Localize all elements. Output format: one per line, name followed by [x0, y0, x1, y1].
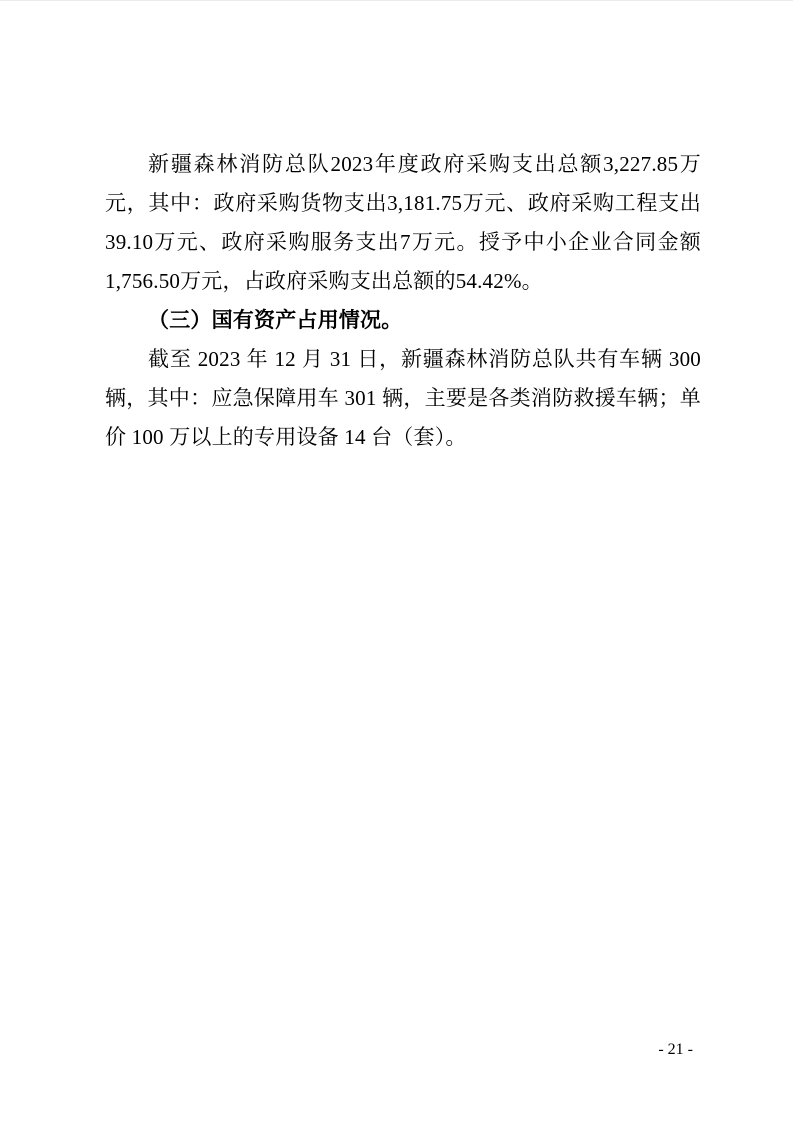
paragraph1-line-1: 新疆森林消防总队2023年度政府采购支出总额3,227.85万	[105, 145, 701, 184]
paragraph2-line-2: 辆，其中：应急保障用车 301 辆，主要是各类消防救援车辆；单	[105, 379, 701, 418]
document-page: 新疆森林消防总队2023年度政府采购支出总额3,227.85万 元，其中：政府采…	[0, 0, 793, 1122]
paragraph2-line-3: 价 100 万以上的专用设备 14 台（套）。	[105, 418, 701, 457]
page-number: - 21 -	[658, 1039, 693, 1061]
section-heading: （三）国有资产占用情况。	[105, 301, 701, 340]
paragraph1-line-2: 元，其中：政府采购货物支出3,181.75万元、政府采购工程支出	[105, 184, 701, 223]
paragraph1-line-3: 39.10万元、政府采购服务支出7万元。授予中小企业合同金额	[105, 223, 701, 262]
body-text: 新疆森林消防总队2023年度政府采购支出总额3,227.85万 元，其中：政府采…	[105, 145, 701, 457]
paragraph2-line-1: 截至 2023 年 12 月 31 日，新疆森林消防总队共有车辆 300	[105, 340, 701, 379]
paragraph1-line-4: 1,756.50万元，占政府采购支出总额的54.42%。	[105, 262, 701, 301]
